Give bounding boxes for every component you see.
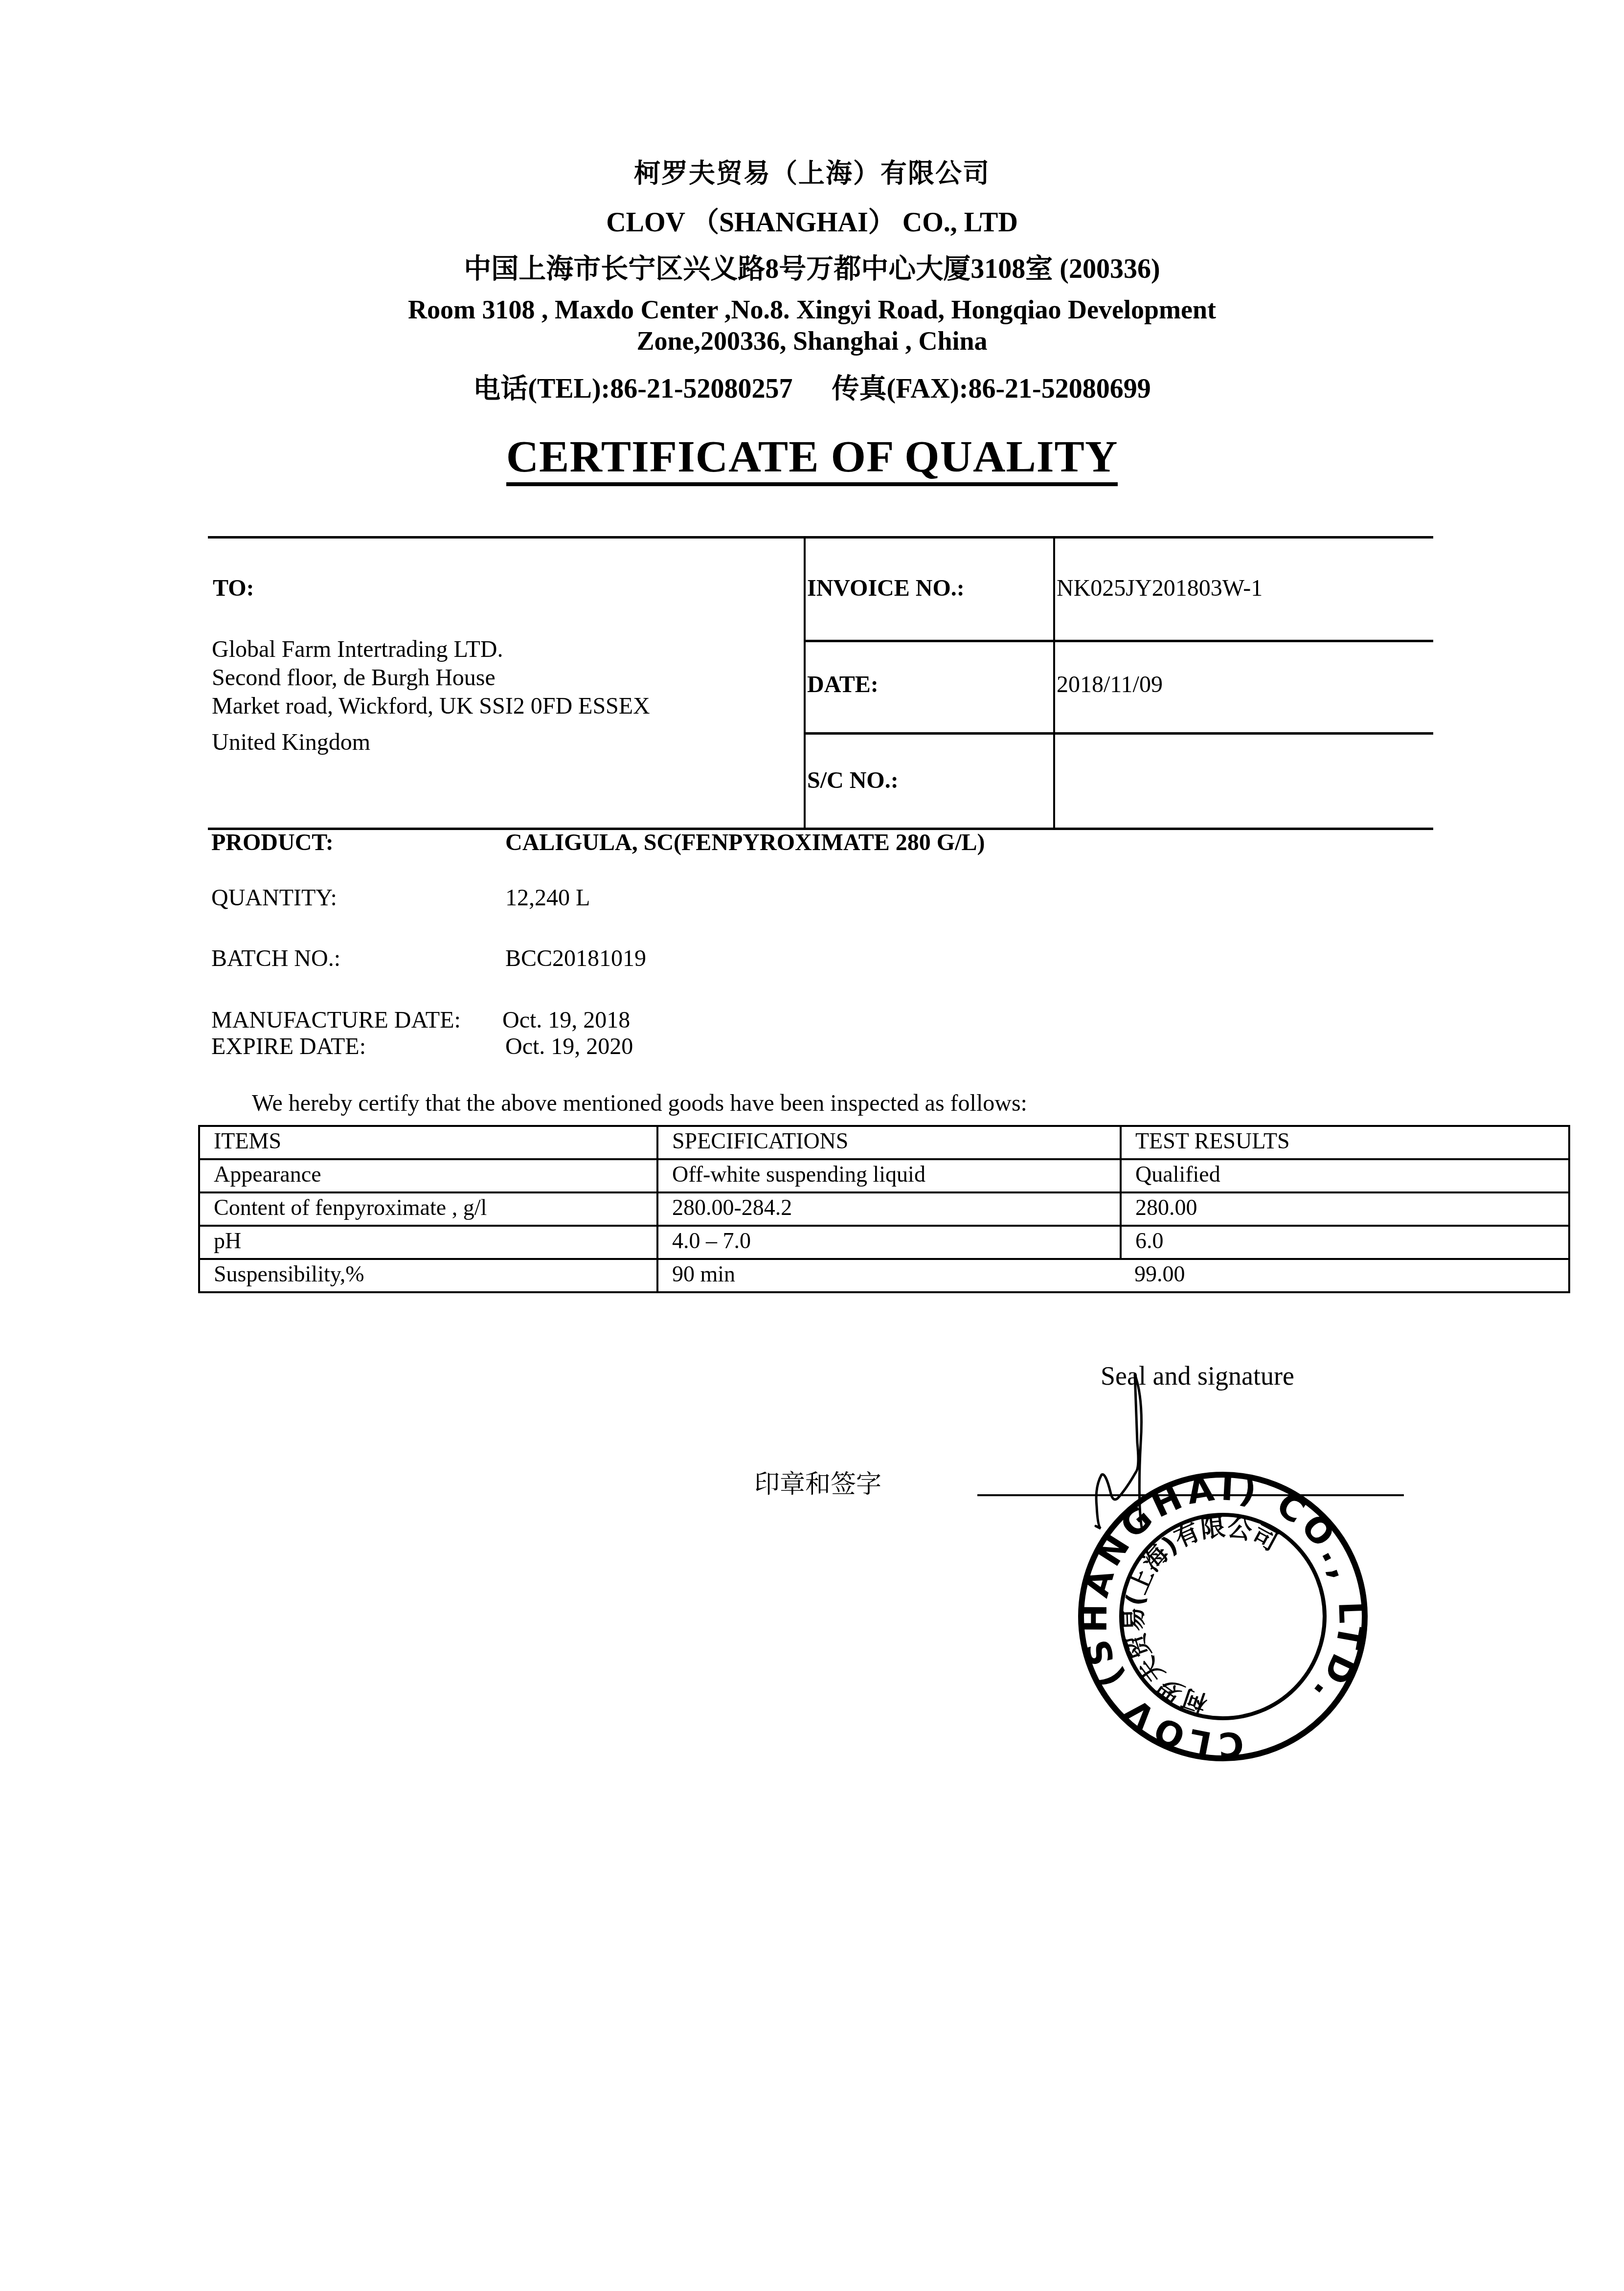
header-grid-top-rule [208,536,1433,539]
cell-test-result: Qualified [1121,1159,1569,1192]
cell-test-result: 6.0 [1121,1226,1569,1259]
inspection-table: ITEMS SPECIFICATIONS TEST RESULTS Appear… [198,1125,1570,1293]
company-contact: 电话(TEL):86-21-52080257传真(FAX):86-21-5208… [0,367,1624,406]
company-seal-stamp-icon: CLOV (SHANGHAI) CO., LTD. 柯罗夫贸易(上海)有限公司 [1074,1467,1372,1766]
svg-text:CLOV (SHANGHAI) CO., LTD.: CLOV (SHANGHAI) CO., LTD. [1074,1467,1372,1766]
expire-date-label: EXPIRE DATE: [211,1033,366,1060]
company-name-chinese: 柯罗夫贸易（上海）有限公司 [0,153,1624,190]
recipient-line-address-1: Second floor, de Burgh House [212,664,496,691]
header-grid-row-divider-1 [805,640,1433,642]
inspection-table-header: ITEMS SPECIFICATIONS TEST RESULTS [199,1126,1569,1159]
header-grid-row-divider-2 [805,732,1433,735]
table-row: Appearance Off-white suspending liquid Q… [199,1159,1569,1192]
recipient-line-company: Global Farm Intertrading LTD. [212,636,503,663]
table-row: Content of fenpyroximate , g/l 280.00-28… [199,1192,1569,1226]
header-grid-col-divider-2 [1053,537,1055,829]
recipient-line-country: United Kingdom [212,729,370,756]
company-address-english-line2: Zone,200336, Shanghai , China [0,326,1624,356]
company-name-english: CLOV （SHANGHAI） CO., LTD [0,201,1624,240]
company-address-chinese: 中国上海市长宁区兴义路8号万都中心大厦3108室 (200336) [0,247,1624,286]
cell-item: Appearance [199,1159,657,1192]
date-value: 2018/11/09 [1057,671,1163,698]
cell-specification: Off-white suspending liquid [657,1159,1121,1192]
company-address-english-line1: Room 3108 , Maxdo Center ,No.8. Xingyi R… [0,294,1624,325]
recipient-label: TO: [213,575,254,602]
column-header-specifications: SPECIFICATIONS [657,1126,1121,1159]
manufacture-date-value: Oct. 19, 2018 [502,1007,630,1033]
cell-item: Content of fenpyroximate , g/l [199,1192,657,1226]
batch-no-value: BCC20181019 [505,945,646,972]
batch-no-label: BATCH NO.: [211,945,340,972]
expire-date-value: Oct. 19, 2020 [505,1033,633,1060]
product-label: PRODUCT: [211,829,334,856]
table-row: Suspensibility,% 90 min 99.00 [199,1259,1569,1292]
cell-specification: 90 min [657,1259,1121,1292]
date-label: DATE: [807,671,879,698]
cell-test-result: 99.00 [1121,1259,1569,1292]
page-title: CERTIFICATE OF QUALITY [0,430,1624,482]
stamp-outer-text: CLOV (SHANGHAI) CO., LTD. [1074,1467,1372,1766]
quantity-label: QUANTITY: [211,884,337,911]
page-title-text: CERTIFICATE OF QUALITY [506,431,1118,486]
company-tel: 电话(TEL):86-21-52080257 [473,374,792,404]
cell-item: Suspensibility,% [199,1259,657,1292]
certify-statement: We hereby certify that the above mention… [252,1090,1027,1117]
seal-signature-label-chinese: 印章和签字 [754,1463,881,1500]
sc-no-label: S/C NO.: [807,767,899,794]
manufacture-date-label: MANUFACTURE DATE: [211,1007,461,1033]
company-fax: 传真(FAX):86-21-52080699 [832,374,1151,404]
cell-item: pH [199,1226,657,1259]
invoice-no-value: NK025JY201803W-1 [1057,575,1263,602]
cell-specification: 4.0 – 7.0 [657,1226,1121,1259]
cell-test-result: 280.00 [1121,1192,1569,1226]
cell-specification: 280.00-284.2 [657,1192,1121,1226]
column-header-test-results: TEST RESULTS [1121,1126,1569,1159]
invoice-no-label: INVOICE NO.: [807,575,965,602]
product-value: CALIGULA, SC(FENPYROXIMATE 280 G/L) [505,829,985,856]
table-row: pH 4.0 – 7.0 6.0 [199,1226,1569,1259]
column-header-items: ITEMS [199,1126,657,1159]
quantity-value: 12,240 L [505,884,590,911]
header-grid-col-divider-1 [804,537,806,829]
recipient-line-address-2: Market road, Wickford, UK SSI2 0FD ESSEX [212,693,650,719]
